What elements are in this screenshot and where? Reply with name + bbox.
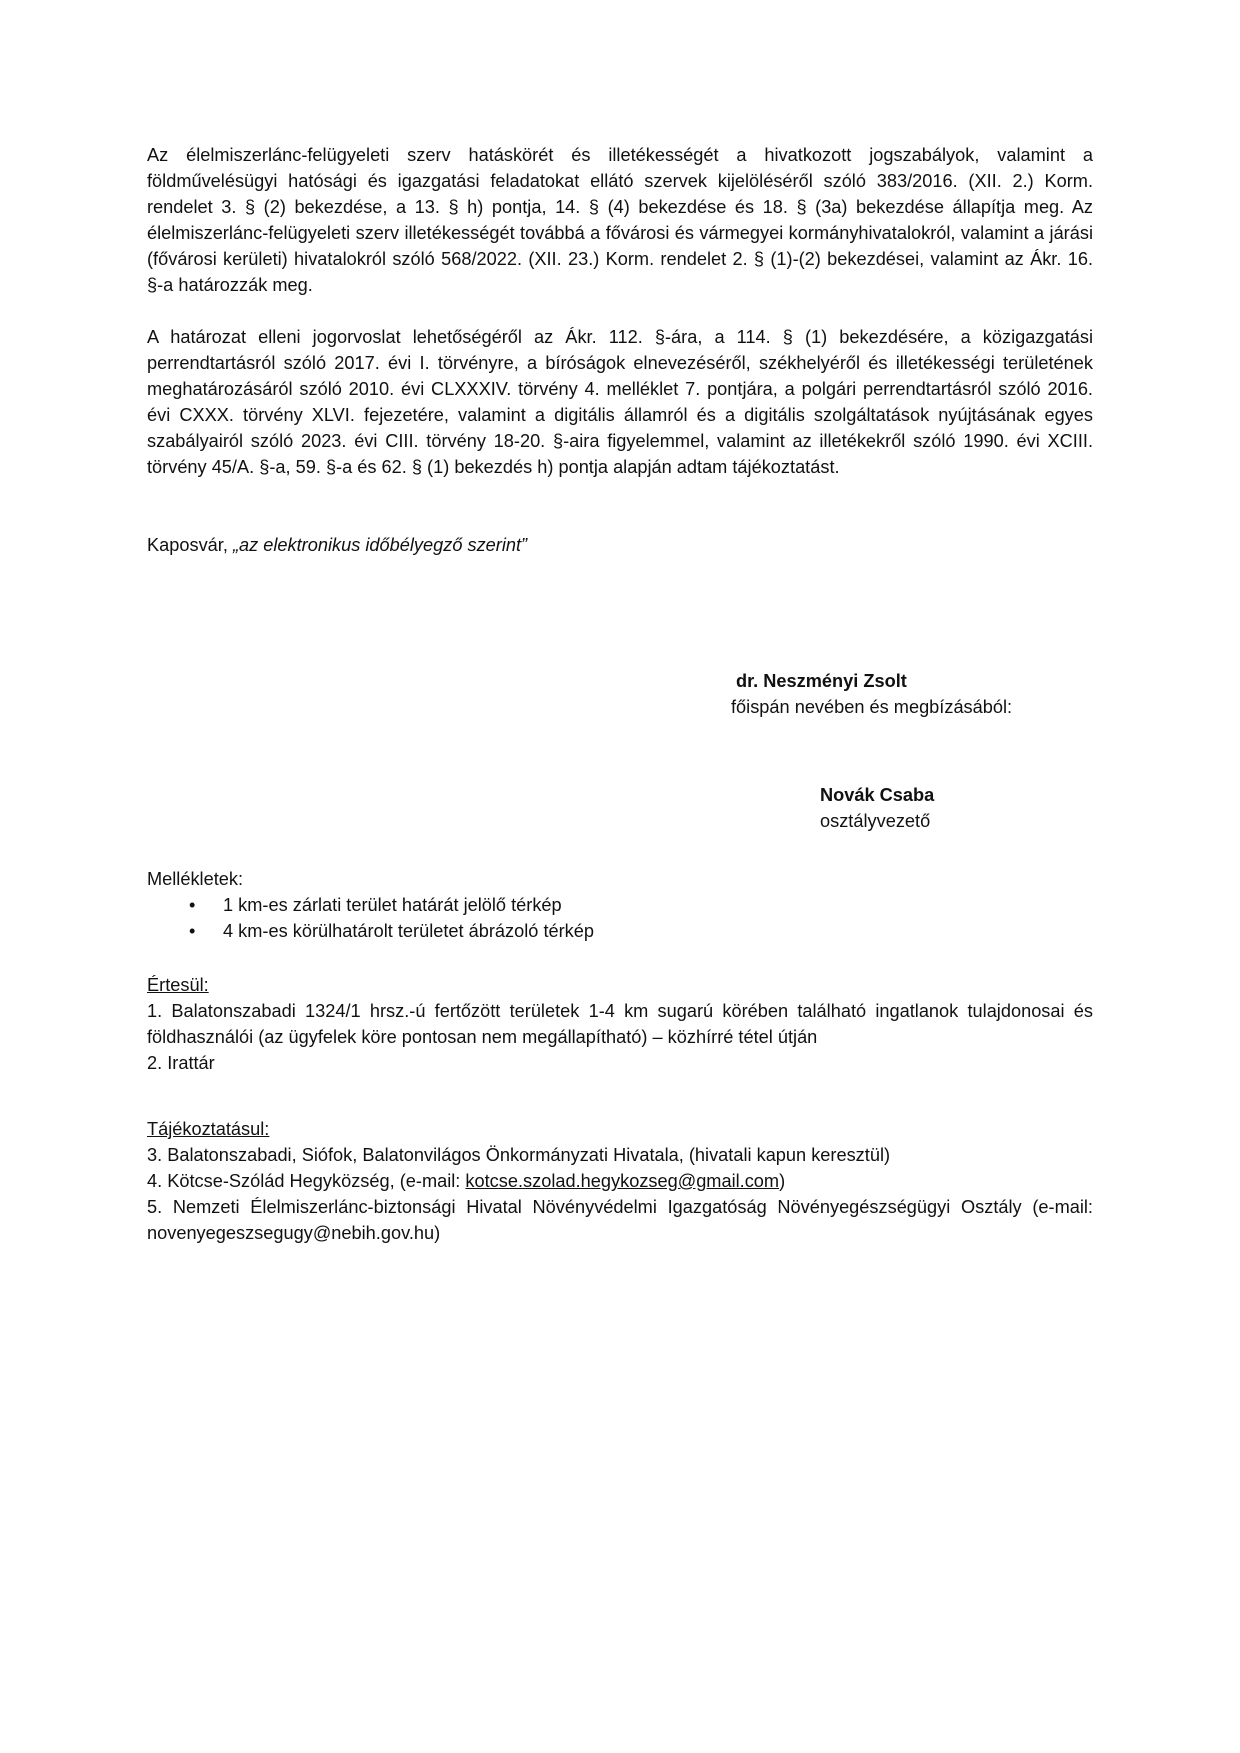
attachments-list: • 1 km-es zárlati terület határát jelölő… xyxy=(147,892,1093,944)
legal-remedy-paragraph: A határozat elleni jogorvoslat lehetőség… xyxy=(147,324,1093,480)
notify-item-2: 2. Irattár xyxy=(147,1050,1093,1076)
list-item: • 4 km-es körülhatárolt területet ábrázo… xyxy=(147,918,1093,944)
attachment-label: 4 km-es körülhatárolt területet ábrázoló… xyxy=(223,921,594,941)
inform-item-4-close: ) xyxy=(779,1171,785,1191)
signature-block-head: Novák Csaba osztályvezető xyxy=(820,782,1080,834)
inform-item-4-text: 4. Kötcse-Szólád Hegyközség, (e-mail: xyxy=(147,1171,465,1191)
attachments-heading: Mellékletek: xyxy=(147,866,1093,892)
signer-name: Novák Csaba xyxy=(820,782,1080,808)
signer-role: főispán nevében és megbízásából: xyxy=(731,694,1091,720)
inform-section: Tájékoztatásul: 3. Balatonszabadi, Siófo… xyxy=(147,1116,1093,1246)
notify-heading: Értesül: xyxy=(147,972,1093,998)
signature-block-chief: dr. Neszményi Zsolt főispán nevében és m… xyxy=(731,668,1091,720)
bullet-icon: • xyxy=(189,892,195,918)
competence-paragraph: Az élelmiszerlánc-felügyeleti szerv hatá… xyxy=(147,142,1093,298)
notify-section: Értesül: 1. Balatonszabadi 1324/1 hrsz.-… xyxy=(147,972,1093,1076)
signer-name: dr. Neszményi Zsolt xyxy=(731,668,1091,694)
inform-heading: Tájékoztatásul: xyxy=(147,1116,1093,1142)
list-item: • 1 km-es zárlati terület határát jelölő… xyxy=(147,892,1093,918)
attachments-section: Mellékletek: • 1 km-es zárlati terület h… xyxy=(147,866,1093,944)
email-link[interactable]: kotcse.szolad.hegykozseg@gmail.com xyxy=(465,1171,779,1191)
signer-role: osztályvezető xyxy=(820,808,1080,834)
document-page: Az élelmiszerlánc-felügyeleti szerv hatá… xyxy=(147,142,1093,558)
inform-item-4: 4. Kötcse-Szólád Hegyközség, (e-mail: ko… xyxy=(147,1168,1093,1194)
attachment-label: 1 km-es zárlati terület határát jelölő t… xyxy=(223,895,562,915)
place-label: Kaposvár, xyxy=(147,535,233,555)
inform-item-3: 3. Balatonszabadi, Siófok, Balatonvilágo… xyxy=(147,1142,1093,1168)
bullet-icon: • xyxy=(189,918,195,944)
inform-item-5: 5. Nemzeti Élelmiszerlánc-biztonsági Hiv… xyxy=(147,1194,1093,1246)
timestamp-note: „az elektronikus időbélyegző szerint” xyxy=(233,535,527,555)
notify-item-1: 1. Balatonszabadi 1324/1 hrsz.-ú fertőzö… xyxy=(147,998,1093,1050)
place-and-date: Kaposvár, „az elektronikus időbélyegző s… xyxy=(147,532,1093,558)
